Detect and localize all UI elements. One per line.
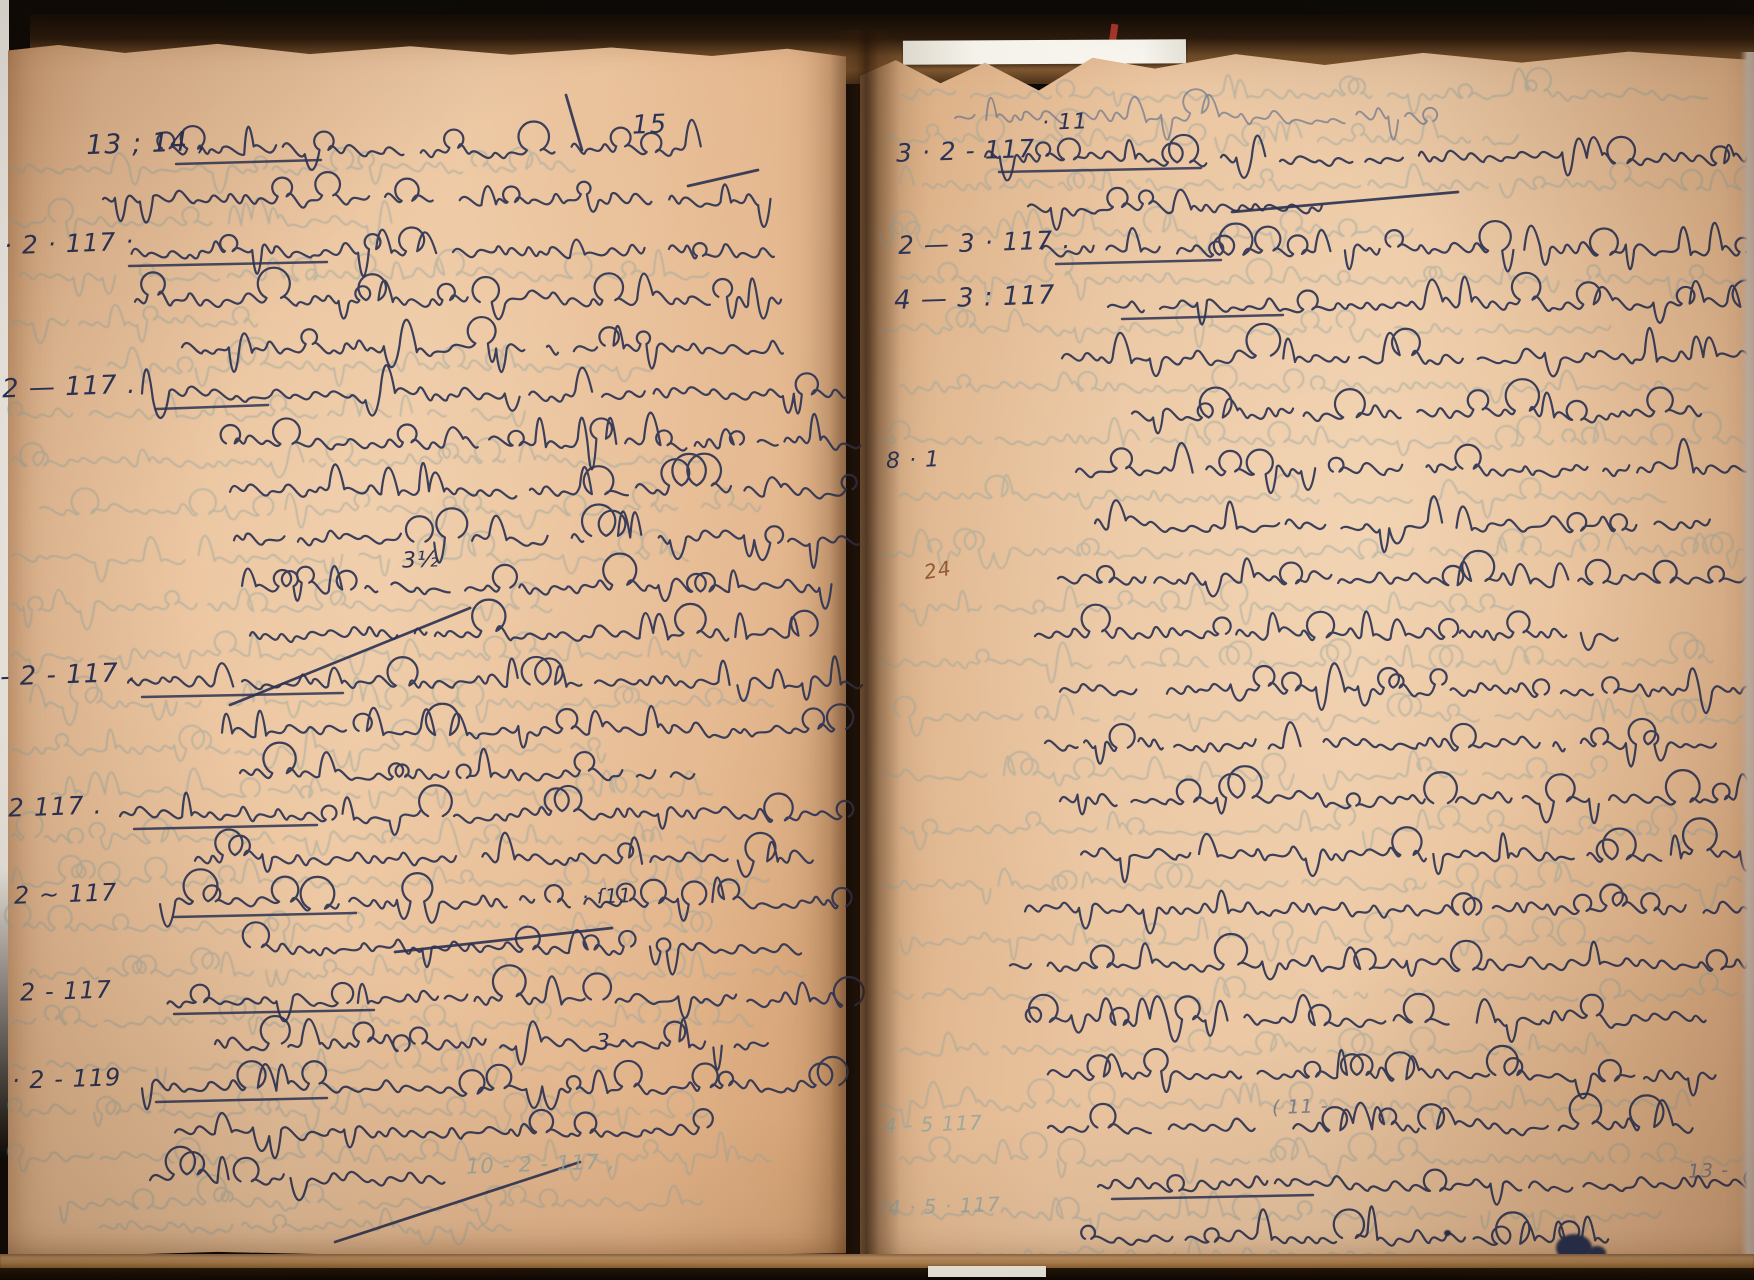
date-marker: · 2 - 119 bbox=[12, 1063, 122, 1095]
inline-number: 3½ bbox=[402, 547, 440, 573]
inline-number: ( 11 - bbox=[1272, 1095, 1329, 1119]
date-marker: - 2 - 117 . bbox=[0, 658, 138, 693]
ink-speck bbox=[1444, 1230, 1451, 1236]
book-gutter bbox=[830, 30, 900, 1270]
inline-number: · ſ11 bbox=[582, 883, 633, 909]
date-marker: 3 · 2 - 117 . bbox=[896, 133, 1054, 167]
date-marker: 13 ; 14 , bbox=[85, 126, 207, 161]
book-spread: 13 ; 14 ,· 2 · 117 ·2 — 117 .- 2 - 117 .… bbox=[0, 0, 1754, 1280]
inline-number: 13 - bbox=[1688, 1159, 1730, 1182]
date-marker: · 2 · 117 · bbox=[4, 227, 135, 261]
inline-number: · 11 bbox=[1042, 109, 1089, 136]
ghost-date: 10 - 2 - 117 , bbox=[466, 1149, 616, 1178]
page-curl-edge bbox=[1740, 52, 1754, 1262]
date-marker: 4 — 3 : 117 bbox=[894, 280, 1056, 316]
date-marker: 2 ~ 117 bbox=[14, 878, 118, 910]
brown-annotation: 24 bbox=[922, 556, 953, 584]
inline-number: 3 · bbox=[596, 1029, 628, 1055]
date-marker: 2 — 117 . bbox=[2, 370, 137, 405]
date-marker: 2 - 117 bbox=[20, 975, 113, 1006]
date-marker: 2 — 3 · 117 . bbox=[898, 225, 1072, 260]
ghost-date: 4 · 5 · 117 bbox=[888, 1192, 1002, 1220]
inline-number: 15 bbox=[631, 109, 667, 140]
date-marker: 2 117 . bbox=[8, 790, 103, 822]
paper-slip-bottom bbox=[928, 1266, 1046, 1277]
bottom-shadow bbox=[0, 1268, 1754, 1280]
